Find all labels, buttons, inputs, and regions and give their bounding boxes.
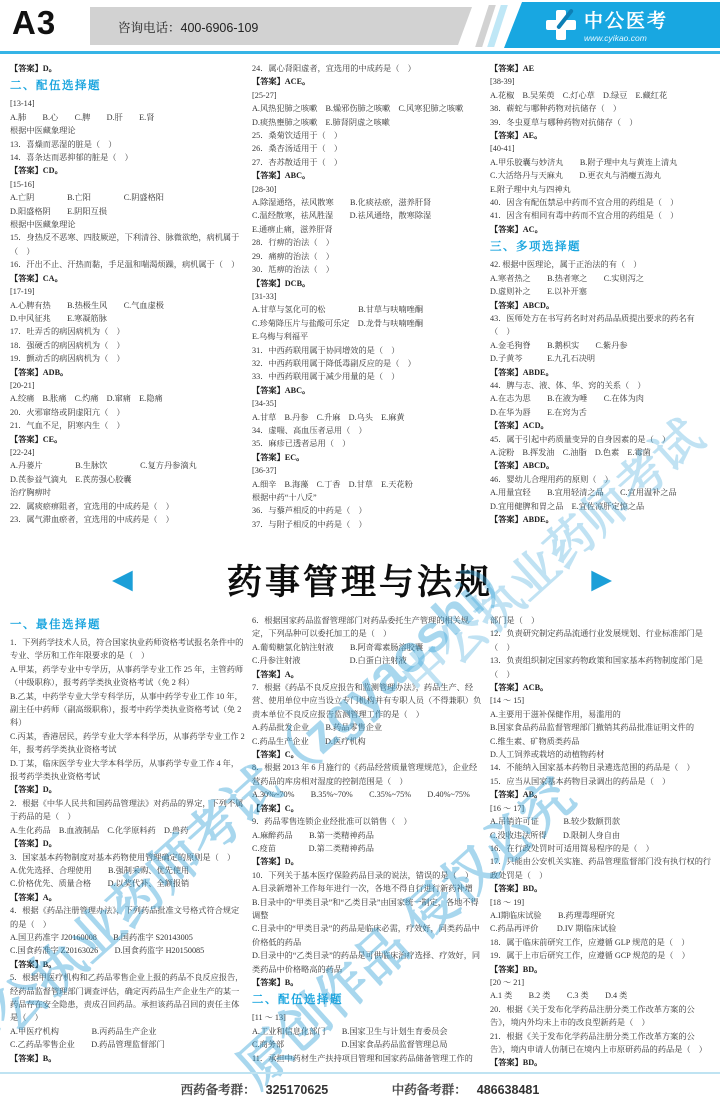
question-text: 部门是（ ） [490,614,715,627]
question-text: 46．婴幼儿合理用药的原则（ ） [490,473,715,486]
right-arrow-icon: ▶ [591,564,612,595]
question-text: C.温经散寒，祛风胜湿 D.祛风通络，散寒除湿 [252,209,485,222]
question-text: A.肺 B.心 C.脾 D.肝 E.肾 [10,111,247,124]
question-text: A.亡阴 B.亡阳 C.阴盛格阳 [10,191,247,204]
section-heading: 二、配伍选择题 [252,989,485,1011]
question-text: C.大活络丹与天麻丸 D.更衣丸与消瘿五海丸 [490,169,715,182]
question-text: 43．医师处方在书写药名时对药品品质提出要求的药名有（ ） [490,312,715,339]
question-text: 1．下列药学技术人员，符合国家执业药师资格考试报名条件中的专业、学历和工作年限要… [10,636,247,663]
answer-line: 【答案】ABDE。 [490,513,715,526]
question-text: A.除湿通络，祛风散寒 B.化痰祛瘀，滋养肝肾 [252,196,485,209]
question-group-label: [25-27] [252,89,485,102]
question-text: C.维生素、矿物质类药品 [490,735,715,748]
question-text: A.I期临床试验 B.药理毒理研究 [490,909,715,922]
answer-line: 【答案】C。 [252,802,485,815]
question-text: A.30%~70% B.35%~70% C.35%~75% D.40%~75% [252,788,485,801]
answer-line: 【答案】ACE。 [252,75,485,88]
question-text: D.目录中的“乙类目录”的药品是可供临床治疗选择、疗效好，同类药品中价格略高的药… [252,949,485,976]
question-text: 35．麻疹已透者忌用（ ） [252,437,485,450]
question-text: B.国家食品药品监督管理部门撤销其药品批准证明文件的 [490,721,715,734]
question-text: C.乙药品零售企业 D.药品管理监督部门 [10,1038,247,1051]
question-text: 22．属痰瘀痹阻者，宜选用的中成药是（ ） [10,500,247,513]
question-text: 根据中药“十八反” [252,491,485,504]
question-text: C.药品再评价 D.IV 期临床试验 [490,922,715,935]
question-group-label: [20 ～ 21] [490,976,715,989]
question-group-label: [28-30] [252,183,485,196]
question-text: C.疫苗 D.第二类精神药品 [252,842,485,855]
question-text: 18．强硬舌的病因病机为（ ） [10,339,247,352]
question-group-label: [20-21] [10,379,247,392]
question-text: A.甲乐胶囊与妙济丸 B.附子理中丸与黄连上清丸 [490,156,715,169]
page-header: A3 咨询电话：400-6906-109 中公医考 www.cyikao.com [0,0,720,53]
question-text: B.乙某，中药学专业大学专科学历，从事中药学专业工作 10 年，副主任中药师（副… [10,690,247,730]
column-middle-bottom: 6．根据国家药品监督管理部门对药品委托生产管理的相关规定，下列品种可以委托加工的… [252,614,485,1072]
answer-line: 【答案】B。 [252,976,485,989]
question-text: 34．虚喘、高血压者忌用（ ） [252,424,485,437]
question-text: A.风热犯肺之咳嗽 B.燥邪伤肺之咳嗽 C.风寒犯肺之咳嗽 [252,102,485,115]
question-group-label: [40-41] [490,142,715,155]
footer-divider [0,1072,720,1074]
question-group-label: [36-37] [252,464,485,477]
question-text: D.虚则补之 E.以补开塞 [490,285,715,298]
question-text: 20．火邪窜络或阴虚阳亢（ ） [10,406,247,419]
question-text: 40．因含有配伍禁忌中药而不宜合用的药组是（ ） [490,196,715,209]
question-group-label: [22-24] [10,446,247,459]
question-text: 17．只能由公安机关实施、药品管理监督部门没有执行权的行政处罚是（ ） [490,855,715,882]
answer-line: 【答案】BD。 [490,882,715,895]
answer-line: 【答案】AE [490,62,715,75]
question-text: D.宜用健脾和胃之品 E.宜佐凉肝定惊之品 [490,500,715,513]
question-text: A.细辛 B.海藻 C.丁香 D.甘草 E.天花粉 [252,478,485,491]
question-text: A.目录新增补工作每年进行一次，各地不得自行进行新药补增 [252,882,485,895]
west-group-label: 西药备考群： [181,1083,256,1097]
pen-icon [556,8,574,29]
question-text: A.金毛狗脊 B.鹅枳实 C.紫丹参 [490,339,715,352]
answer-line: 【答案】BD。 [490,1056,715,1069]
question-text: A.麻醉药品 B.第一类精神药品 [252,829,485,842]
question-text: 31．中西药联用属于协同增效的是（ ） [252,344,485,357]
question-text: 41．因含有相同有毒中药而不宜合用的药组是（ ） [490,209,715,222]
question-text: D.在华为唇 E.在窍为舌 [490,406,715,419]
question-text: A.吊销许可证 B.较少数额罚款 [490,815,715,828]
question-text: 23．属气滞血瘀者，宜选用的中成药是（ ） [10,513,247,526]
question-text: 14．不能纳入国家基本药物目录遴选范围的药品是（ ） [490,761,715,774]
question-group-label: [16 ～ 17] [490,802,715,815]
question-group-label: [14 ～ 15] [490,694,715,707]
question-group-label: [13-14] [10,97,247,110]
question-text: 42. 根据中医理论，属于正治法的有（ ） [490,258,715,271]
question-text: D.人工饲养或栽培的动植物药材 [490,748,715,761]
answer-line: 【答案】ABCD。 [490,459,715,472]
section-title: 药事管理与法规 [227,555,493,605]
answer-line: 【答案】ADB。 [10,366,247,379]
answer-line: 【答案】ABDE。 [490,366,715,379]
answer-line: 【答案】B。 [10,1052,247,1065]
answer-line: 【答案】ABCD。 [490,299,715,312]
question-text: A.甲某，药学专业中专学历，从事药学专业工作 25 年，主管药师（中级职称），报… [10,663,247,690]
left-arrow-icon: ◀ [112,564,133,595]
question-group-label: [38-39] [490,75,715,88]
medical-cross-icon [546,10,576,40]
question-text: D.丁某，临床医学专业大学本科学历，从事药学专业工作 4 年，报考药学类执业资格… [10,757,247,784]
question-text: 19．颤动舌的病因病机为（ ） [10,352,247,365]
question-text: 治疗胸痹时 [10,486,247,499]
section-heading: 二、配伍选择题 [10,75,247,97]
answer-line: 【答案】D。 [252,855,485,868]
question-group-label: [31-33] [252,290,485,303]
question-text: A.1 类 B.2 类 C.3 类 D.4 类 [490,989,715,1002]
question-text: A.甘草与氢化可的松 B.甘草与呋喃唑酮 [252,303,485,316]
question-text: 7．根据《药品不良反应报告和监测管理办法》，药品生产、经营、使用单位中应当设立专… [252,681,485,721]
question-text: 21．根据《关于发布化学药品注册分类工作改革方案的公告》，境内申请人仿制已在境内… [490,1030,715,1057]
question-text: C.商务部 D.国家食品药品监督管理总局 [252,1038,485,1051]
question-text: 39．冬虫夏草与哪种药物对抗储存（ ） [490,116,715,129]
question-text: D.中风征兆 E.寒凝筋脉 [10,312,247,325]
question-text: 6．根据国家药品监督管理部门对药品委托生产管理的相关规定，下列品种可以委托加工的… [252,614,485,641]
question-text: 32．中西药联用属于降低毒副反应的是（ ） [252,357,485,370]
question-text: 16．汗出不止、汗热而黏，手足温和喘渴烦躁，病机属于（ ） [10,258,247,271]
question-text: C.丙某，香港居民，药学专业大学本科学历，从事药学专业工作 2 年，报考药学类执… [10,730,247,757]
answer-line: 【答案】ABC。 [252,169,485,182]
question-text: A.工业和信息化部门 B.国家卫生与计划生育委员会 [252,1025,485,1038]
answer-line: 【答案】AB。 [490,788,715,801]
question-text: E.乌梅与利福平 [252,330,485,343]
question-text: 19．属于上市后研究工作，应遵循 GCP 规范的是（ ） [490,949,715,962]
answer-line: 【答案】D。 [10,62,247,75]
answer-line: 【答案】CD。 [10,164,247,177]
question-text: 15．身热反不恶寒、四肢厥逆，下利清谷、脉微欲绝，病机属于（ ） [10,231,247,258]
question-text: A.国卫药准字 J20160008 B.国药准字 S20143005 [10,931,247,944]
column-right-bottom: 部门是（ ）12．负责研究制定药品流通行业发展规划、行业标准部门是（ ）13．负… [490,614,715,1072]
brand-logo: 中公医考 www.cyikao.com [546,6,668,43]
phone-text: 咨询电话：400-6906-109 [90,7,472,36]
phone-bar: 咨询电话：400-6906-109 [90,7,472,45]
question-text: 21．气血不足，阴寒内生（ ） [10,419,247,432]
question-text: C.国食药准字 Z20163026 D.国食药监字 H20150085 [10,944,247,957]
answer-line: 【答案】ACD。 [490,419,715,432]
cn-group-label: 中药备考群： [392,1083,467,1097]
question-text: 5．根据甲医疗机构和乙药品零售企业上报的药品不良反应报告，经药品监督管理部门调查… [10,971,247,1025]
column-left-bottom: 一、最佳选择题1．下列药学技术人员，符合国家执业药师资格考试报名条件中的专业、学… [10,614,247,1072]
question-text: A.主要用于滋补保健作用，易滥用的 [490,708,715,721]
question-group-label: [11 ～ 13] [252,1011,485,1024]
brand-name: 中公医考 [584,6,668,33]
question-text: 11．承担中药材生产扶持项目管理和国家药品储备管理工作的 [252,1052,485,1065]
answer-line: 【答案】A。 [10,891,247,904]
answer-line: 【答案】DCB。 [252,277,485,290]
question-text: C.没收违法所得 D.限制人身自由 [490,829,715,842]
question-text: D.子黄芩 E.九孔石决明 [490,352,715,365]
column-middle-top: 24．属心肾阳虚者，宜选用的中成药是（ ）【答案】ACE。[25-27]A.风热… [252,62,485,550]
question-text: 根据中医藏象理论 [10,124,247,137]
question-text: A.花椒 B.吴茱萸 C.灯心草 D.绿豆 E.藏红花 [490,89,715,102]
question-text: A.寒者热之 B.热者寒之 C.实则泻之 [490,272,715,285]
question-text: 25．桑菊饮适用于（ ） [252,129,485,142]
page-footer: 西药备考群：325170625 中药备考群：486638481 [0,1080,720,1098]
question-text: A.心脾有热 B.热极生风 C.气血虚极 [10,299,247,312]
question-text: D.阳盛格阴 E.阴阳互损 [10,205,247,218]
question-text: 9．药品零售连锁企业经批准可以销售（ ） [252,815,485,828]
question-text: D.痰热壅肺之咳嗽 E.肺肾阴虚之咳嗽 [252,116,485,129]
question-text: 2．根据《中华人民共和国药品管理法》对药品的界定，下列不属于药品的是（ ） [10,797,247,824]
question-text: A.甘草 B.丹参 C.升麻 D.乌头 E.麻黄 [252,411,485,424]
answer-line: 【答案】AC。 [490,223,715,236]
question-text: B.目录中的“甲类目录”和“乙类目录”由国家统一制定，各地不得调整 [252,896,485,923]
question-text: 12．负责研究制定药品流通行业发展规划、行业标准部门是（ ） [490,627,715,654]
question-text: 3．国家基本药物制度对基本药物使用管理确定的原则是（ ） [10,851,247,864]
answer-line: 【答案】CE。 [10,433,247,446]
question-text: 38．蕲蛇与哪种药物对抗储存（ ） [490,102,715,115]
chinese-pharmacy-group: 中药备考群：486638481 [392,1083,540,1097]
answer-line: 【答案】EC。 [252,451,485,464]
west-group-number: 325170625 [266,1083,329,1097]
answer-line: 【答案】ABC。 [252,384,485,397]
question-text: A.丹蒌片 B.生脉饮 C.复方丹参滴丸 [10,459,247,472]
page-number: A3 [12,4,56,42]
question-text: 30．尪痹的治法（ ） [252,263,485,276]
answer-line: 【答案】B。 [10,958,247,971]
column-left-top: 【答案】D。二、配伍选择题[13-14]A.肺 B.心 C.脾 D.肝 E.肾根… [10,62,247,550]
section-heading: 一、最佳选择题 [10,614,247,636]
question-text: 8．根据 2013 年 6 月施行的《药品经营质量管理规范》，企业经营药品的库房… [252,761,485,788]
question-text: 10．下列关于基本医疗保险药品目录的说法，错误的是（ ） [252,869,485,882]
question-text: 15．应当从国家基本药物目录调出的药品是（ ） [490,775,715,788]
question-text: 20．根据《关于发布化学药品注册分类工作改革方案的公告》，境内外均未上市的改良型… [490,1003,715,1030]
question-text: 33．中西药联用属于减少用量的是（ ） [252,370,485,383]
question-text: 18．属于临床前研究工作，应遵循 GLP 规范的是（ ） [490,936,715,949]
question-text: 36．与藜芦相反的中药是（ ） [252,504,485,517]
question-text: A.绞痛 B.胀痛 C.灼痛 D.窜痛 E.隐痛 [10,392,247,405]
brand-url: www.cyikao.com [584,33,668,43]
cn-group-number: 486638481 [477,1083,540,1097]
question-group-label: [34-35] [252,397,485,410]
question-text: C.价格优先、质量合格 D.以奖代补、全额报销 [10,877,247,890]
question-text: A.药品批发企业 B.药品零售企业 [252,721,485,734]
question-group-label: [15-16] [10,178,247,191]
answer-line: 【答案】C。 [252,748,485,761]
question-text: E.通痹止痛，滋养肝肾 [252,223,485,236]
answer-line: 【答案】ACB。 [490,681,715,694]
question-text: 45．属于引起中药质量变异的自身因素的是（ ） [490,433,715,446]
question-text: 13．喜燥而恶湿的脏是（ ） [10,138,247,151]
answer-line: 【答案】BD。 [490,963,715,976]
question-text: 24．属心肾阳虚者，宜选用的中成药是（ ） [252,62,485,75]
question-text: 29．痛痹的治法（ ） [252,250,485,263]
question-text: 27．杏苏散适用于（ ） [252,156,485,169]
question-text: 44．脾与志、液、体、华、窍的关系（ ） [490,379,715,392]
question-text: C.目录中的“甲类目录”的药品是临床必需，疗效好，同类药品中价格低的药品 [252,922,485,949]
answer-line: 【答案】AE。 [490,129,715,142]
question-text: A.甲医疗机构 B.丙药品生产企业 [10,1025,247,1038]
question-text: 根据中医藏象理论 [10,218,247,231]
answer-line: 【答案】D。 [10,837,247,850]
question-text: 37．与附子相反的中药是（ ） [252,518,485,531]
answer-line: 【答案】CA。 [10,272,247,285]
exam-sheet-page: A3 咨询电话：400-6906-109 中公医考 www.cyikao.com… [0,0,720,1107]
question-text: C.丹参注射液 D.白蛋白注射液 [252,654,485,667]
question-text: 28．行痹的治法（ ） [252,236,485,249]
question-text: A.用量宜轻 B.宜用轻清之品 C.宜用温补之品 [490,486,715,499]
question-text: E.附子理中丸与四神丸 [490,183,715,196]
question-text: A.葡萄糖氯化钠注射液 B.阿奇霉素肠溶胶囊 [252,641,485,654]
section-heading: 三、多项选择题 [490,236,715,258]
question-text: 26．桑杏汤适用于（ ） [252,142,485,155]
question-text: 17．吐弄舌的病因病机为（ ） [10,325,247,338]
question-text: D.芪参益气滴丸 E.芪苈强心胶囊 [10,473,247,486]
question-text: A.优先选择、合理使用 B.强制采购、优先使用 [10,864,247,877]
question-group-label: [17-19] [10,285,247,298]
question-group-label: [18 ～ 19] [490,896,715,909]
question-text: 4．根据《药品注册管理办法》，下列药品批准文号格式符合规定的是（ ） [10,904,247,931]
question-text: A.在志为思 B.在液为唾 C.在体为肉 [490,392,715,405]
question-text: A.生化药品 B.血液制品 C.化学原料药 D.兽药 [10,824,247,837]
answer-line: 【答案】D。 [10,783,247,796]
question-text: C.珍菊降压片与盐酸可乐定 D.龙骨与呋喃唑酮 [252,317,485,330]
question-text: C.药品生产企业 D.医疗机构 [252,735,485,748]
column-right-top: 【答案】AE[38-39]A.花椒 B.吴茱萸 C.灯心草 D.绿豆 E.藏红花… [490,62,715,550]
question-text: A.淀粉 B.挥发油 C.油脂 D.色素 E.霉菌 [490,446,715,459]
west-pharmacy-group: 西药备考群：325170625 [181,1083,332,1097]
answer-line: 【答案】A。 [252,668,485,681]
header-divider [0,51,720,54]
section-title-band: ◀ 药事管理与法规 ▶ [0,548,720,612]
question-text: 14．喜条达而恶抑郁的脏是（ ） [10,151,247,164]
question-text: 13．负责组织制定国家药物政策和国家基本药物制度部门是（ ） [490,654,715,681]
question-text: 16．在行政处罚时可适用简易程序的是（ ） [490,842,715,855]
